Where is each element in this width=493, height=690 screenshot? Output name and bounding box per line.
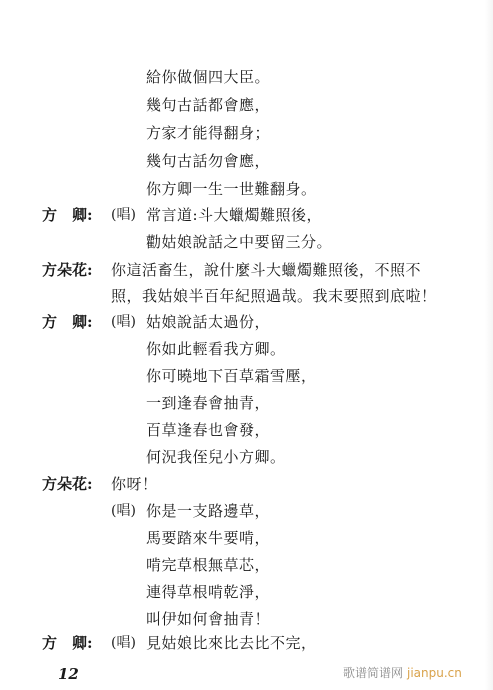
watermark-site: jianpu.cn	[407, 666, 462, 680]
sing-cue: (唱)	[111, 206, 136, 224]
verse-line: 你是一支路邊草，	[146, 502, 270, 520]
verse-line: 你可曉地下百草霜雪壓，	[146, 367, 317, 385]
speaker-label: 方 卿:	[42, 313, 93, 331]
verse-line: 方家才能得翻身；	[146, 124, 270, 142]
verse-line: 勸姑娘說話之中要留三分。	[146, 233, 332, 251]
page-edge-shadow	[485, 0, 493, 690]
sing-cue: (唱)	[111, 313, 136, 331]
verse-line: 幾句古話都會應，	[146, 96, 270, 114]
speaker-label: 方朵花:	[42, 475, 93, 493]
dialogue-line: 照，我姑娘半百年紀照過哉。我末要照到底啦！	[111, 287, 437, 305]
dialogue-line: 你這活畜生，說什麼斗大蠟燭難照後，不照不	[111, 261, 421, 279]
verse-line: 叫伊如何會抽青！	[146, 610, 270, 628]
verse-line: 幾句古話勿會應，	[146, 152, 270, 170]
dialogue-line: 常言道:斗大蠟燭難照後，	[146, 206, 322, 224]
verse-line: 百草逢春也會發，	[146, 421, 270, 439]
verse-line: 馬要踏來牛要啃，	[146, 529, 270, 547]
speaker-label: 方 卿:	[42, 206, 93, 224]
speaker-label: 方朵花:	[42, 261, 93, 279]
verse-line: 啃完草根無草芯，	[146, 556, 270, 574]
sing-cue: (唱)	[111, 502, 136, 520]
page-number: 12	[58, 665, 79, 683]
speaker-label: 方 卿:	[42, 634, 93, 652]
dialogue-line: 姑娘說話太過份，	[146, 313, 270, 331]
watermark-cn: 歌谱简谱网	[343, 666, 403, 680]
dialogue-line: 你呀！	[111, 475, 158, 493]
sing-cue: (唱)	[111, 634, 136, 652]
verse-line: 給你做個四大臣。	[146, 68, 270, 86]
verse-line: 你如此輕看我方卿。	[146, 340, 286, 358]
verse-line: 何況我侄兒小方卿。	[146, 448, 286, 466]
verse-line: 你方卿一生一世難翻身。	[146, 180, 317, 198]
verse-line: 一到逢春會抽青，	[146, 394, 270, 412]
watermark: 歌谱简谱网jianpu.cn	[343, 664, 462, 681]
verse-line: 連得草根啃乾淨，	[146, 583, 270, 601]
dialogue-line: 見姑娘比來比去比不完，	[146, 634, 317, 652]
